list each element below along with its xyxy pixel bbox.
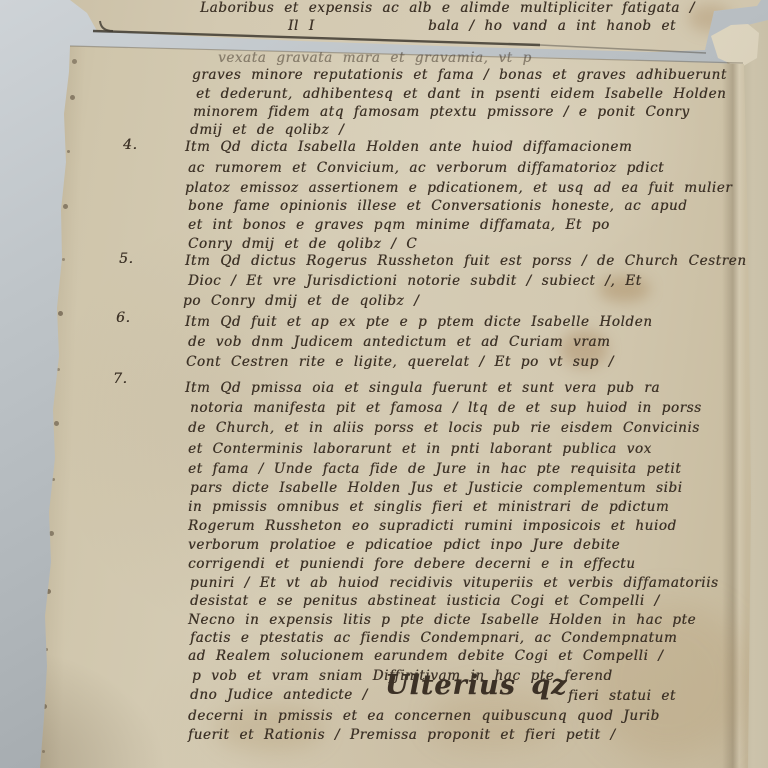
fragment-line: bala / ho vand a int hanob et xyxy=(428,18,676,35)
manuscript-line: decerni in pmissis et ea concernen quibu… xyxy=(188,708,660,725)
manuscript-line: Rogerum Russheton eo supradicti rumini i… xyxy=(188,518,677,535)
manuscript-line: fuerit et Rationis / Premissa proponit e… xyxy=(188,727,616,744)
manuscript-line: puniri / Et vt ab huiod recidivis vitupe… xyxy=(190,575,719,592)
manuscript-line: dmij et de qolibz / xyxy=(190,122,344,139)
manuscript-line: et Conterminis laborarunt et in pnti lab… xyxy=(188,441,652,458)
manuscript-line: Conry dmij et de qolibz / C xyxy=(188,236,417,253)
manuscript-line: platoz emissoz assertionem e pdicationem… xyxy=(185,180,732,197)
manuscript-line: in pmissis omnibus et singlis fieri et m… xyxy=(188,499,669,516)
manuscript-line: et fama / Unde facta fide de Jure in hac… xyxy=(188,461,681,478)
manuscript-line: et dederunt, adhibentesq et dant in psen… xyxy=(196,86,726,103)
manuscript-line: Itm Qd dicta Isabella Holden ante huiod … xyxy=(185,139,632,156)
fragment-line: Laboribus et expensis ac alb e alimde mu… xyxy=(200,0,695,17)
fragment-line: Il I xyxy=(288,18,315,35)
manuscript-line: de vob dnm Judicem antedictum et ad Curi… xyxy=(188,334,610,351)
manuscript-line: Itm Qd dictus Rogerus Russheton fuit est… xyxy=(185,253,747,270)
manuscript-line: verborum prolatioe e pdicatioe pdict inp… xyxy=(188,537,620,554)
manuscript-line: corrigendi et puniendi fore debere decer… xyxy=(188,556,636,573)
manuscript-line: Necno in expensis litis p pte dicte Isab… xyxy=(188,612,696,629)
manuscript-line: pars dicte Isabelle Holden Jus et Justic… xyxy=(190,480,683,497)
manuscript-line: Ulterius qz xyxy=(385,671,567,701)
item-number: 7. xyxy=(113,371,128,388)
manuscript-line: factis e ptestatis ac fiendis Condempnar… xyxy=(190,630,677,647)
manuscript-line: notoria manifesta pit et famosa / ltq de… xyxy=(190,400,702,417)
item-number: 6. xyxy=(116,310,131,327)
photo-background: Laboribus et expensis ac alb e alimde mu… xyxy=(0,0,768,768)
manuscript-line: fieri statui et xyxy=(568,688,676,705)
manuscript-line: de Church, et in aliis porss et locis pu… xyxy=(188,420,700,437)
manuscript-line: po Conry dmij et de qolibz / xyxy=(183,293,419,310)
manuscript-line: ad Realem solucionem earundem debite Cog… xyxy=(188,648,663,665)
manuscript-line: bone fame opinionis illese et Conversati… xyxy=(188,198,687,215)
manuscript-line: Cont Cestren rite e ligite, querelat / E… xyxy=(186,354,614,371)
manuscript-line: graves minore reputationis et fama / bon… xyxy=(192,67,727,84)
handwriting-layer: Laboribus et expensis ac alb e alimde mu… xyxy=(0,0,768,768)
manuscript-line: vexata gravata mara et gravamia, vt p xyxy=(218,50,532,67)
manuscript-line: ac rumorem et Convicium, ac verborum dif… xyxy=(188,160,664,177)
manuscript-line: Itm Qd fuit et ap ex pte e p ptem dicte … xyxy=(185,314,653,331)
manuscript-line: Itm Qd pmissa oia et singula fuerunt et … xyxy=(185,380,660,397)
item-number: 4. xyxy=(123,137,138,154)
manuscript-line: minorem fidem atq famosam ptextu pmissor… xyxy=(193,104,690,121)
manuscript-line: et int bonos e graves pqm minime diffama… xyxy=(188,217,610,234)
manuscript-line: dno Judice antedicte / xyxy=(190,687,368,704)
manuscript-line: Dioc / Et vre Jurisdictioni notorie subd… xyxy=(188,273,642,290)
item-number: 5. xyxy=(119,251,134,268)
manuscript-line: desistat e se penitus abstineat iusticia… xyxy=(190,593,660,610)
